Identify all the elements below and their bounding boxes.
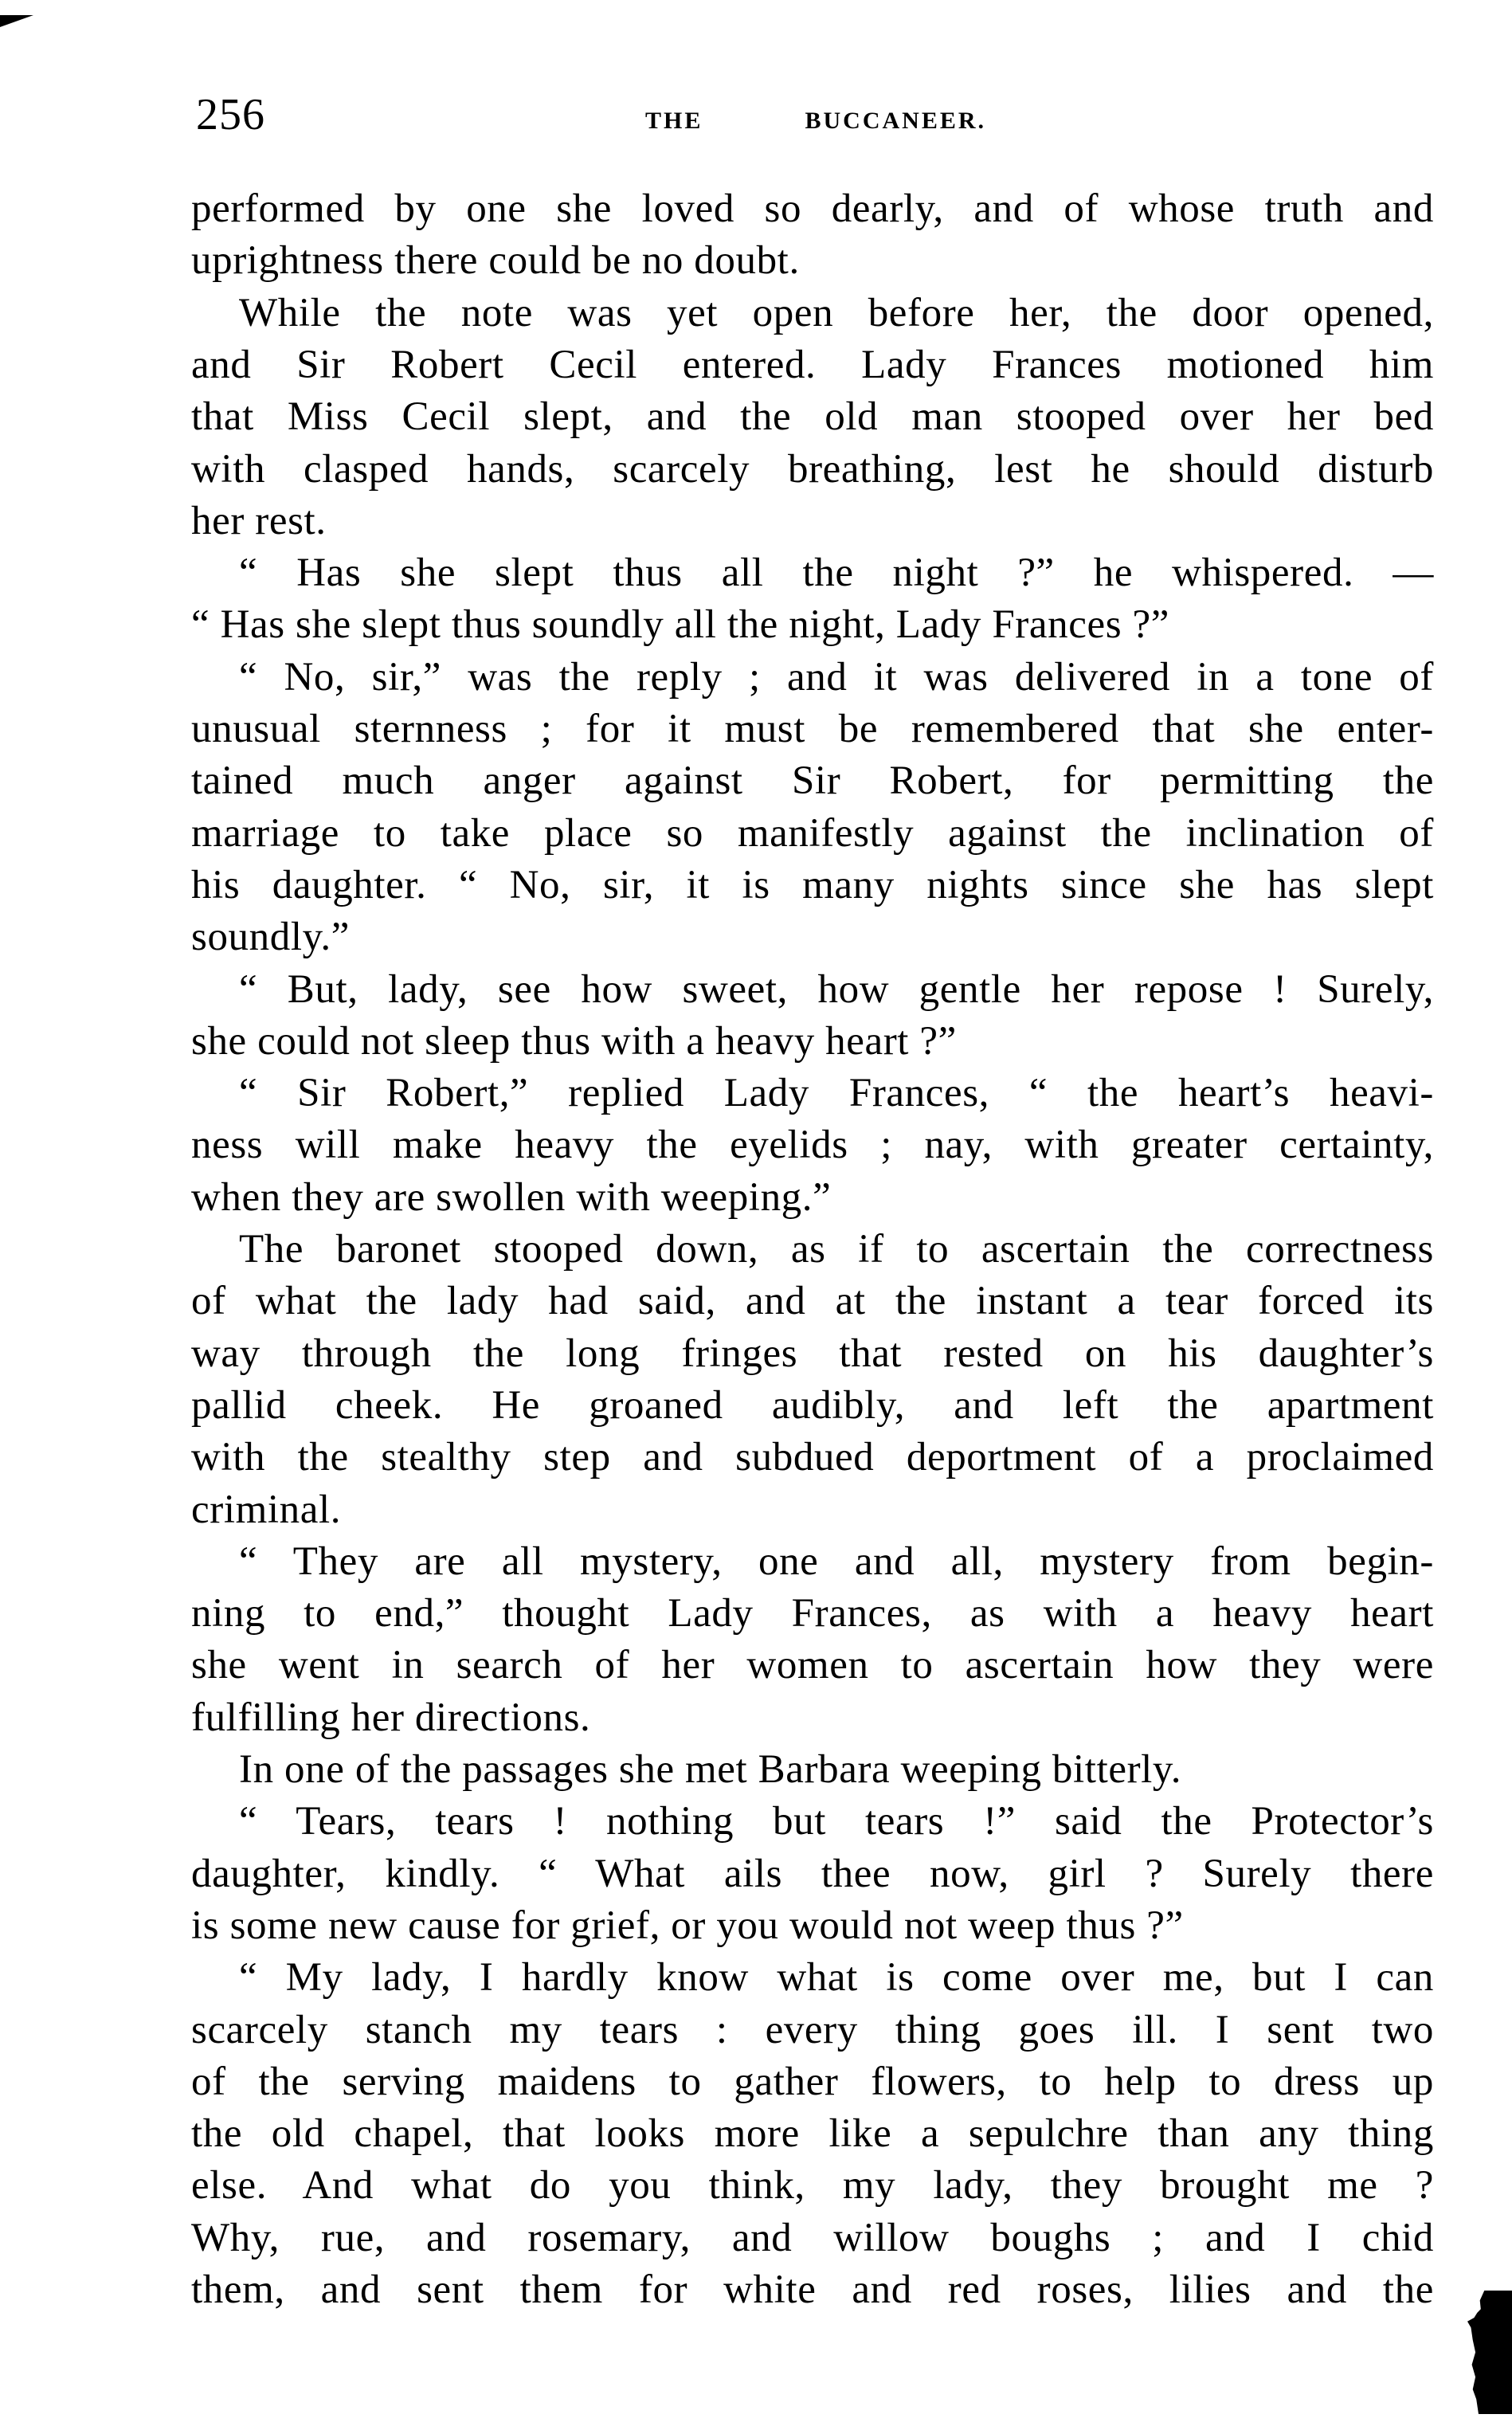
text-line: way through the long fringes that rested… bbox=[191, 1328, 1434, 1380]
text-line: criminal. bbox=[191, 1484, 1434, 1536]
text-line: them, and sent them for white and red ro… bbox=[191, 2264, 1434, 2316]
text-line: marriage to take place so manifestly aga… bbox=[191, 808, 1434, 860]
text-line: Why, rue, and rosemary, and willow bough… bbox=[191, 2212, 1434, 2264]
text-line: “ No, sir,” was the reply ; and it was d… bbox=[191, 652, 1434, 704]
text-line: her rest. bbox=[191, 496, 1434, 547]
text-line: pallid cheek. He groaned audibly, and le… bbox=[191, 1380, 1434, 1432]
text-line: else. And what do you think, my lady, th… bbox=[191, 2160, 1434, 2212]
text-line: “ Has she slept thus all the night ?” he… bbox=[191, 547, 1434, 599]
text-line: scarcely stanch my tears : every thing g… bbox=[191, 2005, 1434, 2056]
text-line: when they are swollen with weeping.” bbox=[191, 1172, 1434, 1224]
text-line: of the serving maidens to gather flowers… bbox=[191, 2056, 1434, 2108]
text-line: The baronet stooped down, as if to ascer… bbox=[191, 1224, 1434, 1276]
text-line: that Miss Cecil slept, and the old man s… bbox=[191, 391, 1434, 443]
text-line: and Sir Robert Cecil entered. Lady Franc… bbox=[191, 339, 1434, 391]
text-line: ning to end,” thought Lady Frances, as w… bbox=[191, 1588, 1434, 1640]
text-line: “ Sir Robert,” replied Lady Frances, “ t… bbox=[191, 1068, 1434, 1119]
text-line: ness will make heavy the eyelids ; nay, … bbox=[191, 1119, 1434, 1171]
text-line: In one of the passages she met Barbara w… bbox=[191, 1744, 1434, 1796]
text-line: fulfilling her directions. bbox=[191, 1692, 1434, 1744]
page-number: 256 bbox=[196, 89, 265, 140]
text-line: with the stealthy step and subdued depor… bbox=[191, 1432, 1434, 1483]
text-line: “ My lady, I hardly know what is come ov… bbox=[191, 1952, 1434, 2004]
text-line: is some new cause for grief, or you woul… bbox=[191, 1900, 1434, 1952]
text-line: his daughter. “ No, sir, it is many nigh… bbox=[191, 860, 1434, 911]
text-line: soundly.” bbox=[191, 911, 1434, 963]
text-line: While the note was yet open before her, … bbox=[191, 288, 1434, 339]
text-line: she could not sleep thus with a heavy he… bbox=[191, 1016, 1434, 1068]
text-line: unusual sternness ; for it must be remem… bbox=[191, 704, 1434, 755]
text-line: of what the lady had said, and at the in… bbox=[191, 1276, 1434, 1327]
text-line: with clasped hands, scarcely breathing, … bbox=[191, 444, 1434, 496]
text-line: “ Has she slept thus soundly all the nig… bbox=[191, 599, 1434, 651]
text-line: the old chapel, that looks more like a s… bbox=[191, 2108, 1434, 2160]
text-line: performed by one she loved so dearly, an… bbox=[191, 183, 1434, 235]
text-line: daughter, kindly. “ What ails thee now, … bbox=[191, 1848, 1434, 1900]
text-line: “ They are all mystery, one and all, mys… bbox=[191, 1536, 1434, 1588]
text-line: tained much anger against Sir Robert, fo… bbox=[191, 755, 1434, 807]
text-line: uprightness there could be no doubt. bbox=[191, 235, 1434, 287]
scan-edge-mark-bottom-right bbox=[1467, 2291, 1512, 2414]
running-head: 256 THE BUCCANEER. bbox=[0, 0, 1512, 159]
text-line: “ But, lady, see how sweet, how gentle h… bbox=[191, 964, 1434, 1016]
text-line: she went in search of her women to ascer… bbox=[191, 1640, 1434, 1691]
running-head-title: THE BUCCANEER. bbox=[645, 107, 986, 135]
text-line: “ Tears, tears ! nothing but tears !” sa… bbox=[191, 1796, 1434, 1848]
